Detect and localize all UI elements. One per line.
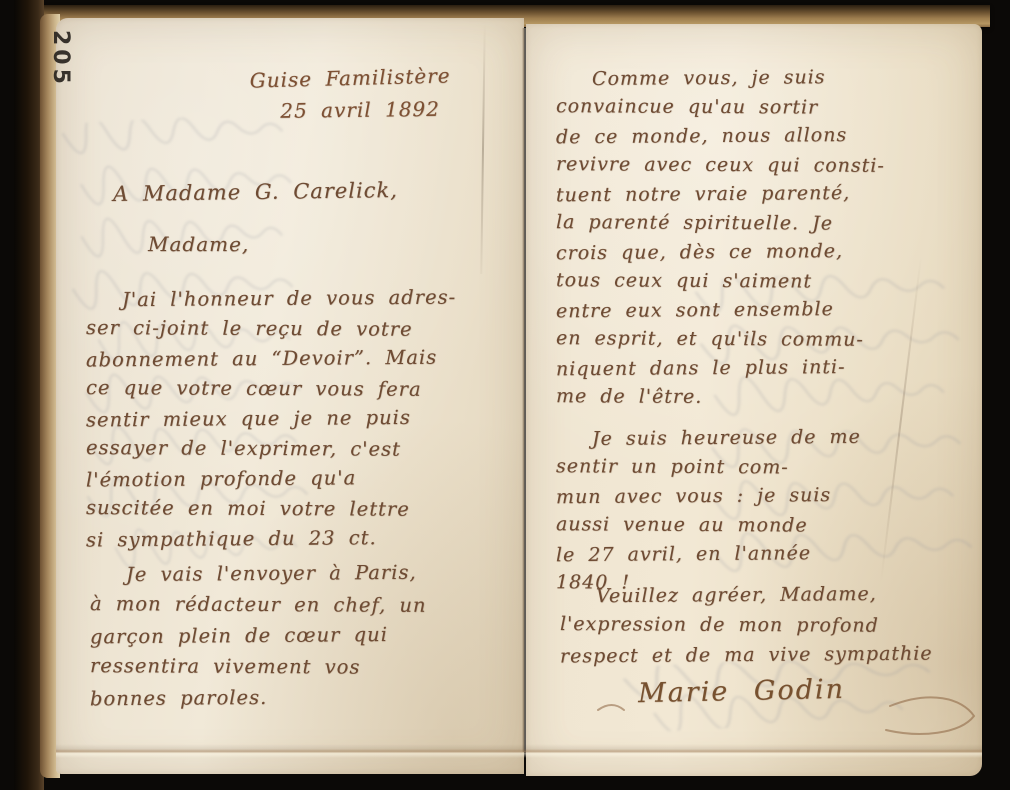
letter-page-right: Comme vous, je suisconvaincue qu'au sort… bbox=[526, 24, 982, 776]
left-paragraph-2: Je vais l'envoyer à Paris,à mon rédacteu… bbox=[90, 558, 427, 713]
handwritten-line: abonnement au “Devoir”. Mais bbox=[86, 343, 456, 376]
signature-flourish bbox=[590, 672, 990, 752]
closing-lines: Veuillez agréer, Madame,l'expression de … bbox=[560, 580, 933, 670]
handwritten-line: si sympathique du 23 ct. bbox=[86, 523, 456, 556]
right-paragraph-2: Je suis heureuse de mesentir un point co… bbox=[556, 424, 861, 598]
handwritten-line: l'émotion profonde qu'a bbox=[86, 463, 456, 496]
handwritten-line: revivre avec ceux qui consti- bbox=[556, 150, 885, 181]
handwritten-line: garçon plein de cœur qui bbox=[90, 619, 427, 653]
handwritten-line: essayer de l'exprimer, c'est bbox=[86, 433, 456, 465]
handwritten-line: sentir mieux que je ne puis bbox=[86, 403, 456, 436]
handwritten-line: convaincue qu'au sortir bbox=[556, 92, 885, 123]
horizontal-crease bbox=[56, 744, 982, 758]
handwritten-line: Comme vous, je suis bbox=[556, 63, 885, 95]
handwritten-line: l'expression de mon profond bbox=[560, 609, 933, 641]
left-paragraph-1: J'ai l'honneur de vous adres-ser ci-join… bbox=[86, 284, 456, 554]
handwritten-line: crois que, dès ce monde, bbox=[556, 237, 885, 269]
dateline-date: 25 avril 1892 bbox=[280, 93, 451, 127]
handwritten-line: ser ci-joint le reçu de votre bbox=[86, 313, 456, 345]
handwritten-line: niquent dans le plus inti- bbox=[556, 353, 885, 385]
recipient-line: A Madame G. Carelick, bbox=[113, 178, 398, 206]
right-paragraph-1: Comme vous, je suisconvaincue qu'au sort… bbox=[556, 64, 885, 412]
handwritten-line: tuent notre vraie parenté, bbox=[556, 179, 885, 211]
handwritten-line: en esprit, et qu'ils commu- bbox=[556, 324, 885, 355]
handwritten-line: J'ai l'honneur de vous adres- bbox=[86, 283, 456, 316]
handwritten-line: bonnes paroles. bbox=[90, 681, 427, 715]
salutation-line: Madame, bbox=[148, 232, 249, 256]
handwritten-line: la parenté spirituelle. Je bbox=[556, 208, 885, 239]
handwritten-line: Veuillez agréer, Madame, bbox=[560, 579, 933, 612]
handwritten-line: respect et de ma vive sympathie bbox=[560, 639, 933, 672]
handwritten-line: le 27 avril, en l'année bbox=[556, 539, 861, 570]
handwritten-line: tous ceux qui s'aiment bbox=[556, 266, 885, 297]
page-number-stamp: 205 bbox=[48, 30, 73, 110]
handwritten-line: de ce monde, nous allons bbox=[556, 121, 885, 153]
dateline-place: Guise Familistère bbox=[249, 59, 451, 96]
handwritten-line: ressentira vivement vos bbox=[90, 650, 427, 683]
handwritten-line: ce que votre cœur vous fera bbox=[86, 373, 456, 405]
dateline: Guise Familistère 25 avril 1892 bbox=[249, 60, 451, 127]
handwritten-line: me de l'être. bbox=[556, 382, 885, 413]
handwritten-line: Je suis heureuse de me bbox=[556, 423, 861, 454]
handwritten-line: entre eux sont ensemble bbox=[556, 295, 885, 327]
handwritten-line: Je vais l'envoyer à Paris, bbox=[90, 557, 427, 591]
handwritten-line: sentir un point com- bbox=[556, 452, 861, 483]
handwritten-line: mun avec vous : je suis bbox=[556, 481, 861, 512]
handwritten-line: à mon rédacteur en chef, un bbox=[90, 588, 427, 621]
book-scan: Guise Familistère 25 avril 1892 A Madame… bbox=[0, 0, 1010, 790]
letter-page-left: Guise Familistère 25 avril 1892 A Madame… bbox=[56, 18, 524, 774]
handwritten-line: aussi venue au monde bbox=[556, 510, 861, 541]
handwritten-line: suscitée en moi votre lettre bbox=[86, 493, 456, 525]
